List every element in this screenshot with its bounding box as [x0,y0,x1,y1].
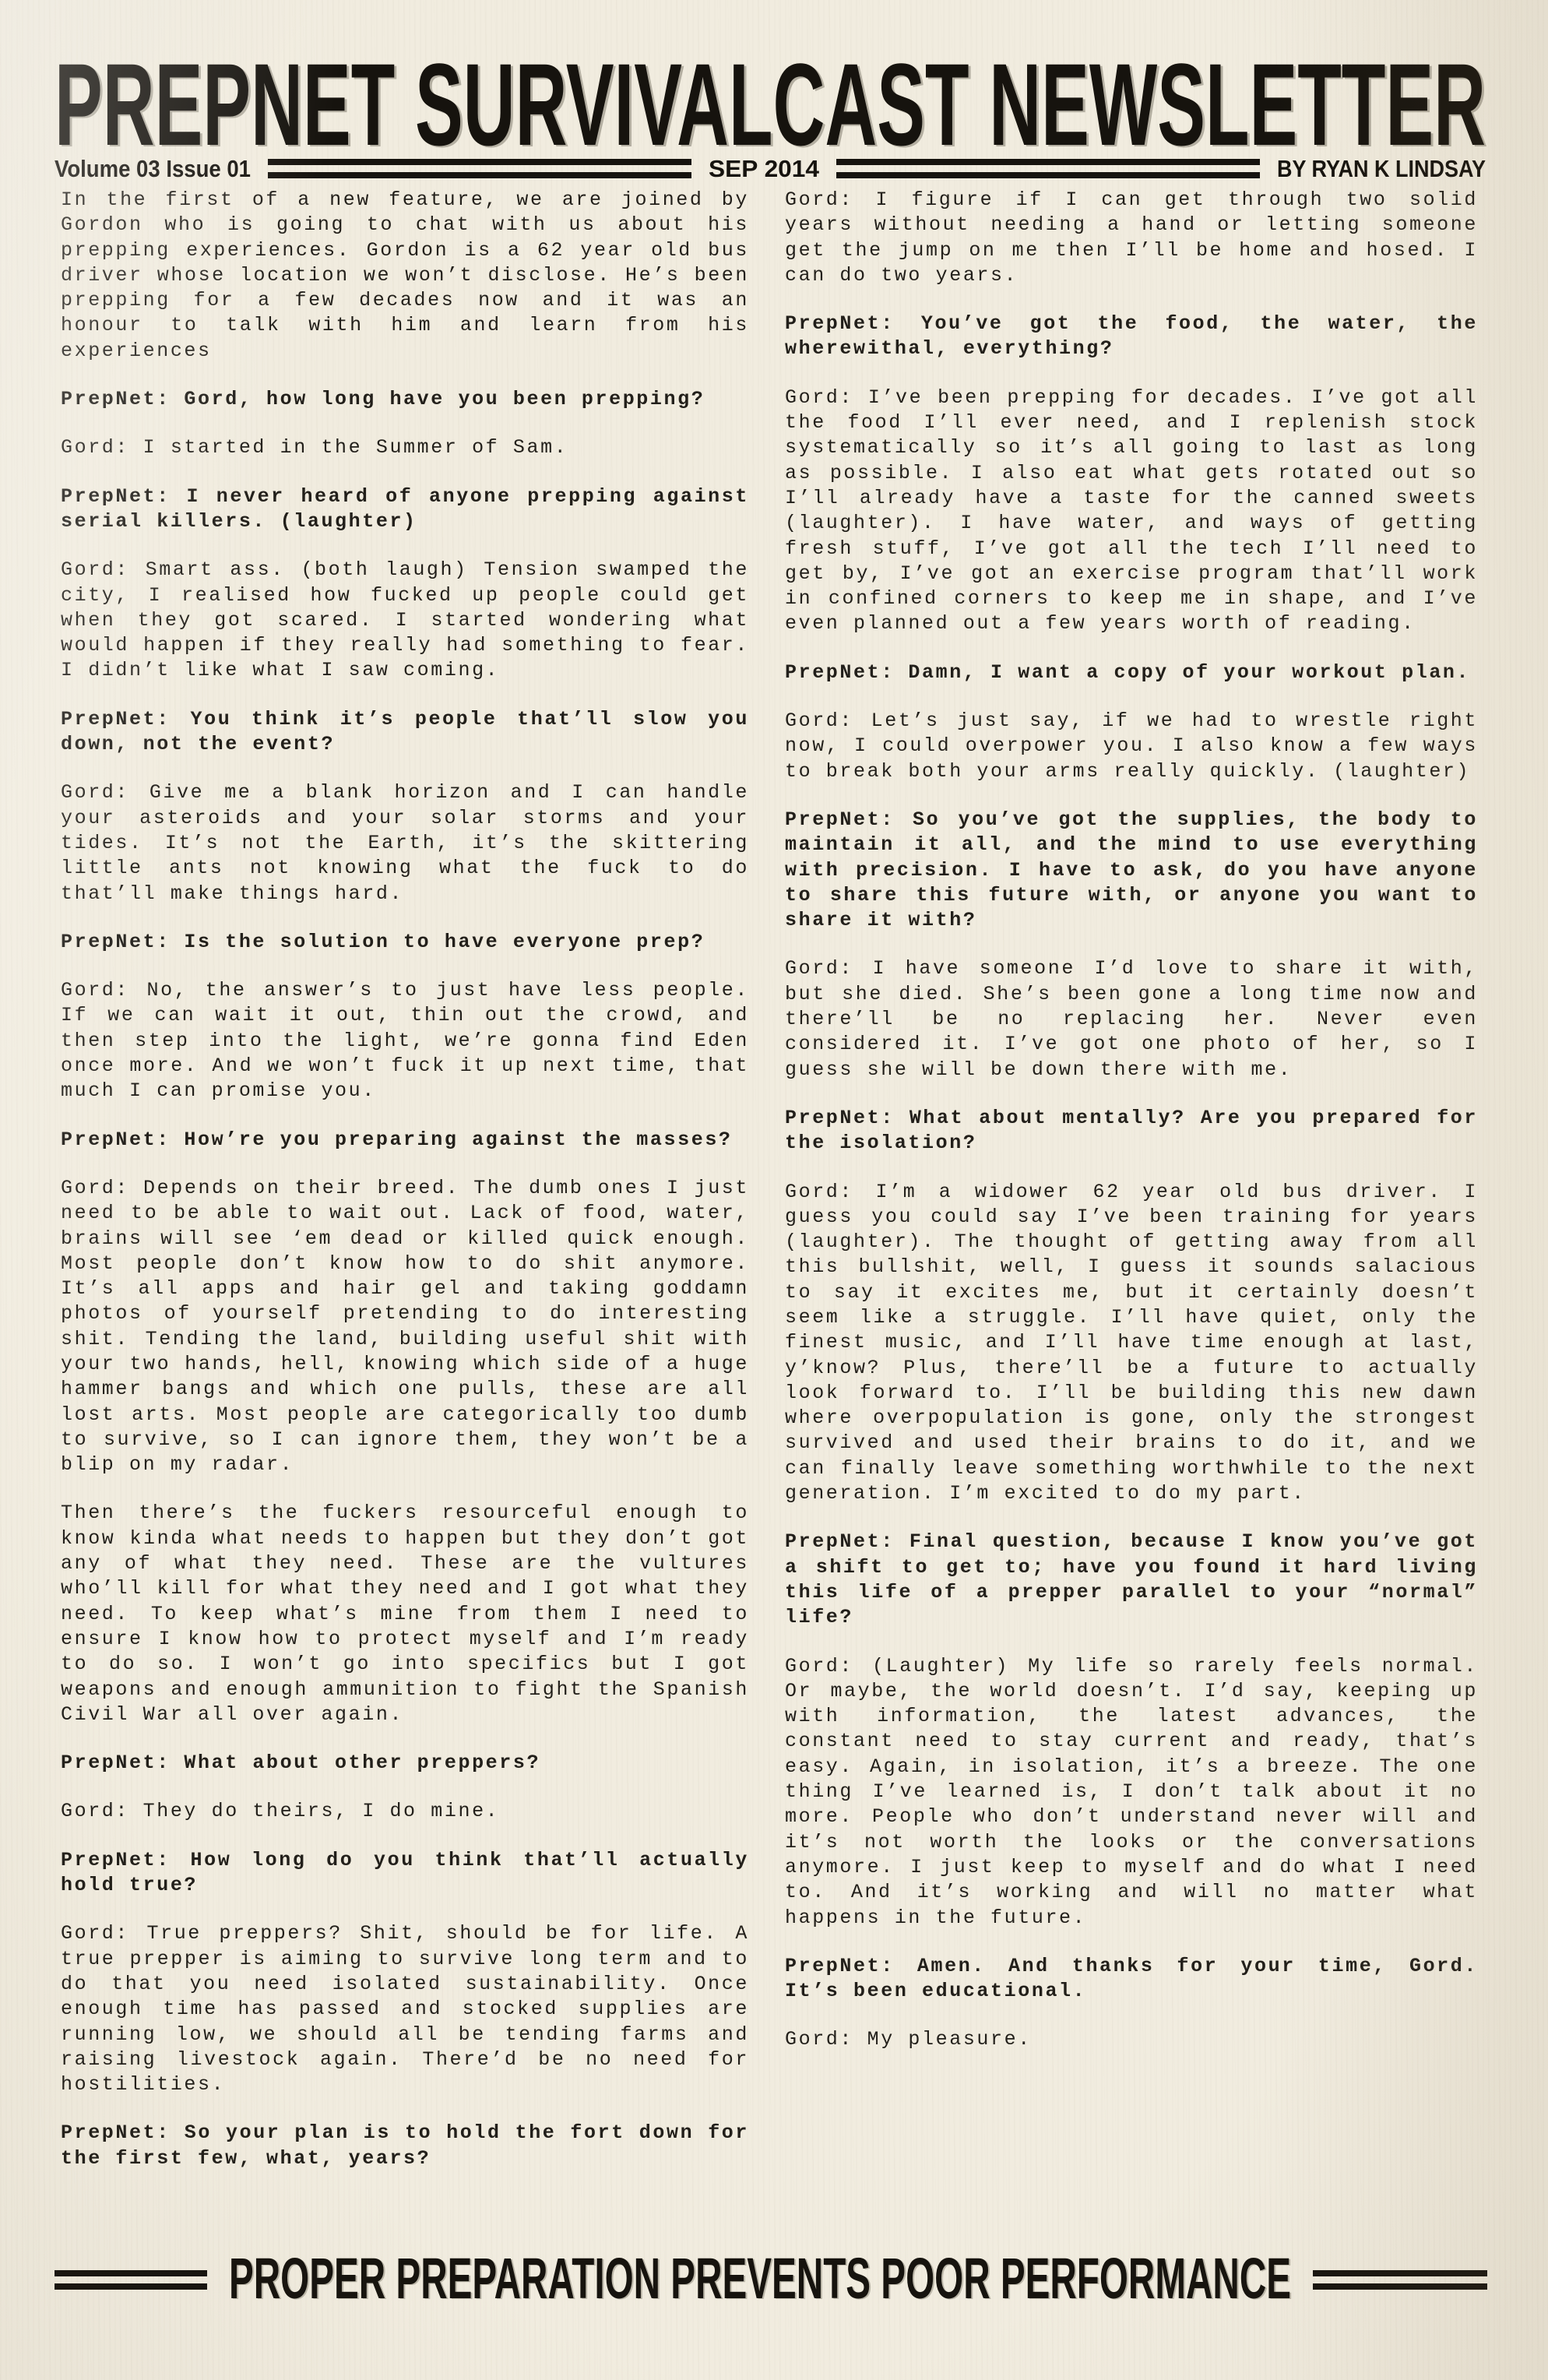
interview-answer: Gord: I have someone I’d love to share i… [785,956,1478,1082]
byline-label: BY RYAN K LINDSAY [1277,156,1486,181]
interview-question: PrepNet: How’re you preparing against th… [61,1128,749,1153]
interview-answer: Gord: I started in the Summer of Sam. [61,435,749,460]
interview-question: PrepNet: You think it’s people that’ll s… [61,707,749,758]
volume-issue: Volume 03 Issue 01 [55,156,251,181]
footer-rule-right [1313,2270,1487,2290]
footer-tagline: PROPER PREPARATION PREVENTS POOR PERFORM… [229,2251,1291,2308]
interview-question: PrepNet: What about mentally? Are you pr… [785,1106,1478,1157]
interview-question: PrepNet: Is the solution to have everyon… [61,930,749,955]
interview-answer: Then there’s the fuckers resourceful eno… [61,1501,749,1727]
interview-answer: Gord: My pleasure. [785,2027,1478,2052]
interview-question: PrepNet: You’ve got the food, the water,… [785,312,1478,362]
interview-answer: Gord: Smart ass. (both laugh) Tension sw… [61,558,749,683]
interview-question: PrepNet: So your plan is to hold the for… [61,2121,749,2171]
newsletter-title: PREPNET SURVIVALCAST NEWSLETTER [55,61,1486,148]
newsletter-footer: PROPER PREPARATION PREVENTS POOR PERFORM… [55,2251,1486,2308]
newsletter-masthead: PREPNET SURVIVALCAST NEWSLETTER [55,61,1486,148]
byline: BY RYAN K LINDSAY [1277,156,1486,181]
masthead-subheader: Volume 03 Issue 01 SEP 2014 BY RYAN K LI… [55,156,1486,181]
interview-answer: Gord: (Laughter) My life so rarely feels… [785,1654,1478,1931]
interview-question: PrepNet: Damn, I want a copy of your wor… [785,660,1478,685]
interview-question: PrepNet: Amen. And thanks for your time,… [785,1954,1478,2005]
newsletter-page: PREPNET SURVIVALCAST NEWSLETTER Volume 0… [0,0,1548,2380]
interview-answer: In the first of a new feature, we are jo… [61,188,749,364]
article-right-column: Gord: I figure if I can get through two … [785,188,1478,2195]
interview-question: PrepNet: What about other preppers? [61,1751,749,1776]
interview-answer: Gord: Depends on their breed. The dumb o… [61,1176,749,1478]
interview-article: In the first of a new feature, we are jo… [61,188,1478,2195]
interview-answer: Gord: No, the answer’s to just have less… [61,978,749,1104]
footer-tagline-banner: PROPER PREPARATION PREVENTS POOR PERFORM… [229,2251,1291,2308]
interview-answer: Gord: Let’s just say, if we had to wrest… [785,709,1478,784]
header-rule-right [836,159,1260,178]
article-left-column: In the first of a new feature, we are jo… [61,188,749,2195]
interview-question: PrepNet: I never heard of anyone preppin… [61,484,749,535]
interview-question: PrepNet: Gord, how long have you been pr… [61,387,749,412]
interview-question: PrepNet: How long do you think that’ll a… [61,1848,749,1899]
issue-date: SEP 2014 [709,156,819,181]
interview-answer: Gord: They do theirs, I do mine. [61,1799,749,1824]
interview-question: PrepNet: So you’ve got the supplies, the… [785,808,1478,933]
interview-answer: Gord: Give me a blank horizon and I can … [61,780,749,906]
interview-answer: Gord: I’ve been prepping for decades. I’… [785,386,1478,637]
newsletter-header: PREPNET SURVIVALCAST NEWSLETTER Volume 0… [55,61,1486,181]
interview-question: PrepNet: Final question, because I know … [785,1530,1478,1630]
volume-issue-label: Volume 03 Issue 01 [55,156,251,181]
interview-answer: Gord: I figure if I can get through two … [785,188,1478,288]
footer-rule-left [55,2270,207,2290]
interview-answer: Gord: True preppers? Shit, should be for… [61,1921,749,2097]
header-rule-left [268,159,691,178]
issue-date-label: SEP 2014 [709,156,819,181]
interview-answer: Gord: I’m a widower 62 year old bus driv… [785,1180,1478,1507]
